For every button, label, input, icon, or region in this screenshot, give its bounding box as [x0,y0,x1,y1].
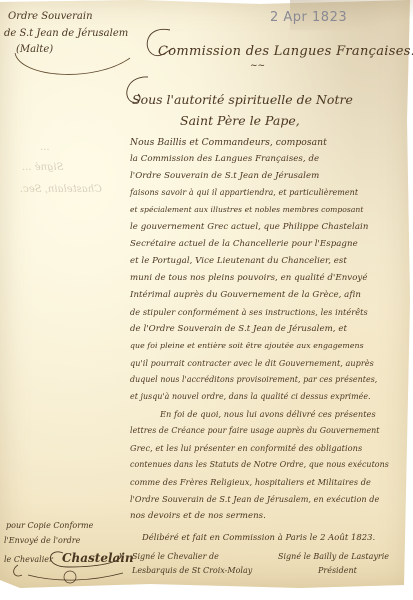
body-line: de stipuler conformément à ses instructi… [130,308,368,316]
margin-signature: Chastelain [62,552,134,564]
body-line: nos devoirs et de nos sermens. [130,512,266,521]
body-line: l'Ordre Souverain de S.t Jean de Jérusal… [130,172,319,181]
body-line: de l'Ordre Souverain de S.t Jean de Jéru… [130,325,347,334]
pencil-date-annotation: 2 Apr 1823 [270,10,347,25]
body-line: contenues dans les Statuts de Notre Ordr… [130,461,389,469]
margin-cert-line2: l'Envoyé de l'ordre [4,537,80,545]
document-title: Commission des Langues Françaises. [158,45,413,58]
body-line: qu'il pourrait contracter avec le dit Go… [130,359,374,367]
body-line: duquel nous l'accréditons provisoirement… [130,376,377,384]
body-line: faisons savoir à qui il appartiendra, et… [130,189,358,197]
body-line: lettres de Créance pour faire usage aupr… [130,427,380,435]
margin-cert-line1: pour Copie Conforme [6,522,93,530]
header-order-line3: (Malte) [16,45,53,55]
margin-cert-line3: le Chevalier [4,556,53,564]
signature-left-line1: Signé le Chevalier de [132,553,219,561]
bleed-through-text: ... [40,142,50,153]
body-line: et jusqu'à nouvel ordre, dans la qualité… [130,393,371,401]
body-line: Intérimal auprès du Gouvernement de la G… [130,291,361,300]
body-line: la Commission des Langues Françaises, de [130,155,319,164]
body-line: muni de tous nos pleins pouvoirs, en qua… [130,274,367,283]
body-line: Nous Baillis et Commandeurs, composant [130,138,327,147]
body-line: l'Ordre Souverain de S.t Jean de Jérusal… [130,495,379,503]
body-line: En foi de quoi, nous lui avons délivré c… [160,410,376,418]
title-separator: ~~ [250,62,265,71]
body-line: que foi pleine et entière soit être ajou… [130,342,364,350]
bleed-through-text: Chastelain, Sec. [20,184,102,195]
subtitle-line2: Saint Père le Pape, [180,115,300,128]
header-order-line1: Ordre Souverain [8,12,93,22]
closing-date-line: Délibéré et fait en Commission à Paris l… [142,533,375,541]
signature-left-line2: Lesbarquis de St Croix-Molay [132,567,252,575]
body-line: et le Portugal, Vice Lieutenant du Chanc… [130,257,347,266]
signature-right-line1: Signé le Bailly de Lastayrie [278,553,389,561]
body-line: et spécialement aux illustres et nobles … [130,206,363,214]
body-line: Secrétaire actuel de la Chancellerie pou… [130,240,358,249]
signature-right-line2: Président [318,567,357,575]
header-order-line2: de S.t Jean de Jérusalem [4,29,128,39]
body-line: le gouvernement Grec actuel, que Philipp… [130,223,368,232]
body-line: Grec, et les lui présenter en conformité… [130,444,362,452]
body-line: comme des Frères Religieux, hospitaliers… [130,478,371,486]
bleed-through-text: Signé ... [22,162,64,173]
subtitle-line1: Sous l'autorité spirituelle de Notre [132,94,353,107]
document-page: 2 Apr 1823 Ordre Souverain de S.t Jean d… [0,0,413,600]
